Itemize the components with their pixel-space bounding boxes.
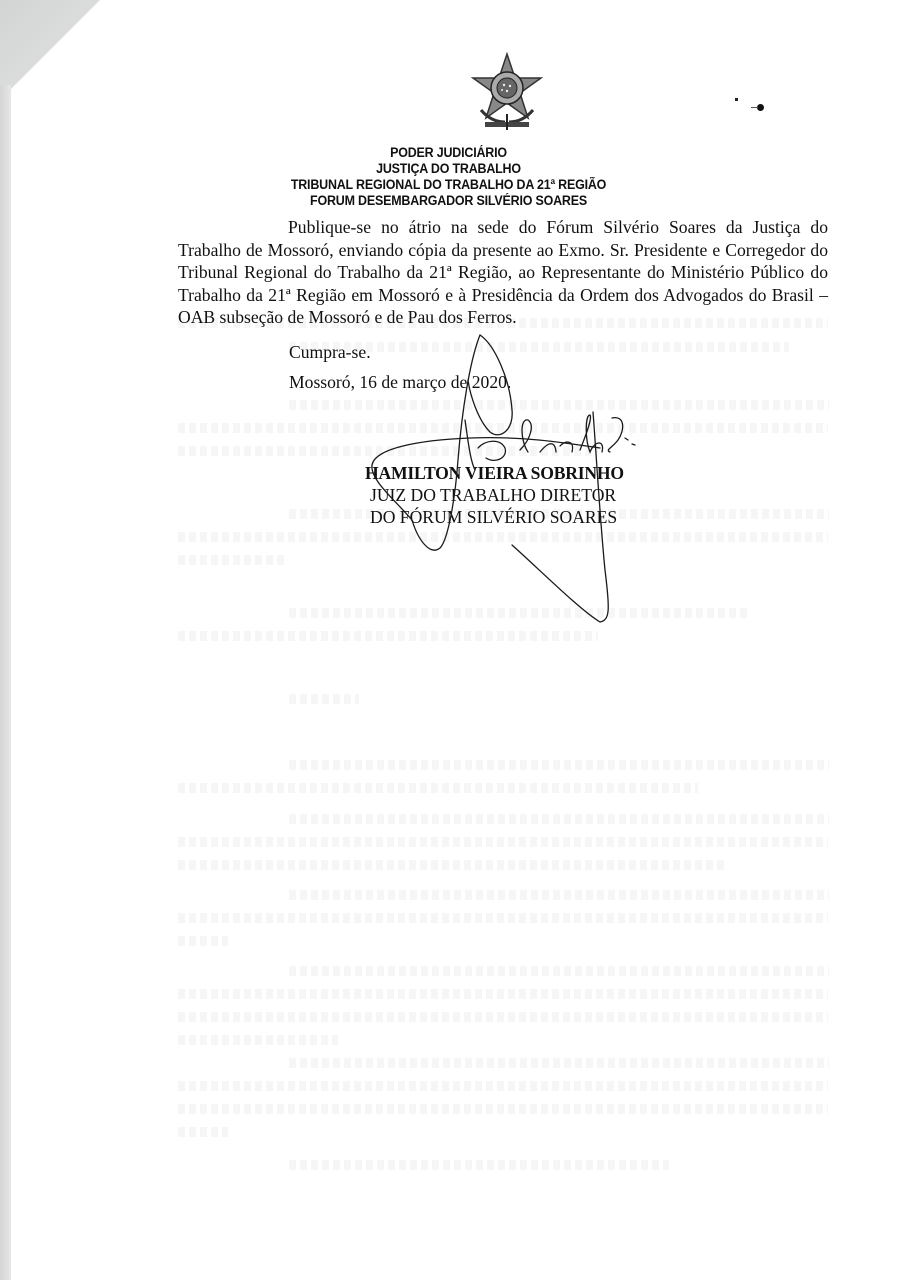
document-header: PODER JUDICIÁRIO JUSTIÇA DO TRABALHO TRI…	[0, 145, 897, 209]
scan-edge-shadow	[0, 85, 11, 1280]
header-line-labor-justice: JUSTIÇA DO TRABALHO	[31, 161, 865, 177]
place-date: Mossoró, 16 de março de 2020.	[289, 372, 511, 393]
signatory-title-line1: JUIZ DO TRABALHO DIRETOR	[365, 484, 624, 506]
closing-text: Cumpra-se.	[289, 342, 371, 363]
signature-block: HAMILTON VIEIRA SOBRINHO JUIZ DO TRABALH…	[365, 462, 624, 528]
body-paragraph: Publique-se no átrio na sede do Fórum Si…	[178, 216, 828, 329]
header-line-judiciary: PODER JUDICIÁRIO	[31, 145, 865, 161]
scan-speck	[735, 98, 738, 101]
scan-ink-dot	[757, 104, 764, 111]
page-corner-fold	[0, 0, 100, 90]
body-paragraph-text: Publique-se no átrio na sede do Fórum Si…	[178, 217, 828, 327]
header-line-tribunal: TRIBUNAL REGIONAL DO TRABALHO DA 21ª REG…	[31, 177, 865, 193]
signatory-name: HAMILTON VIEIRA SOBRINHO	[365, 462, 624, 484]
brazil-coat-of-arms-icon	[471, 52, 543, 132]
header-line-forum: FORUM DESEMBARGADOR SILVÉRIO SOARES	[31, 193, 865, 209]
signatory-title-line2: DO FÓRUM SILVÉRIO SOARES	[365, 506, 624, 528]
